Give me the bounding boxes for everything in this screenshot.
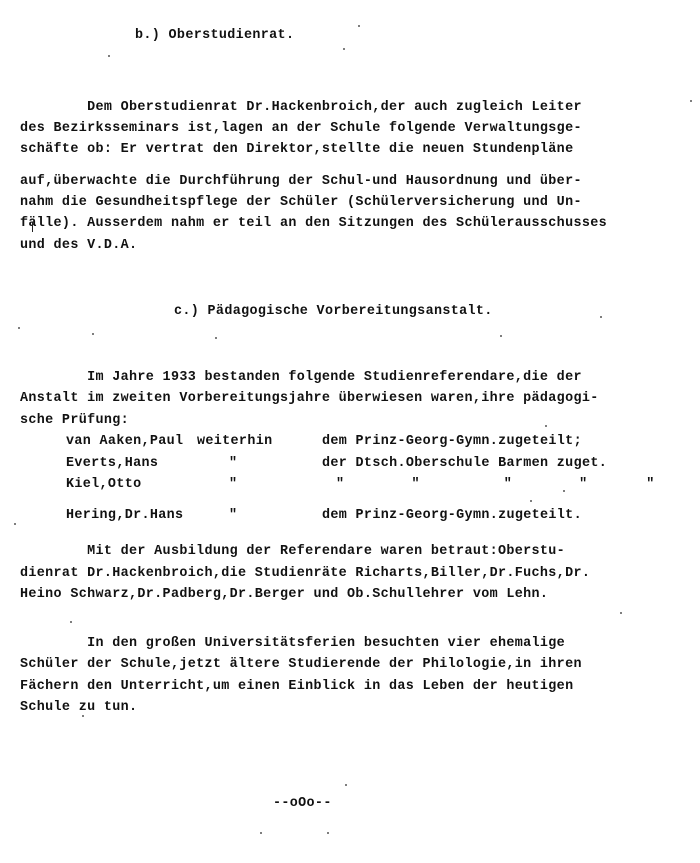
referendar-note: " (229, 508, 237, 524)
paragraph-line: Schule zu tun. (20, 700, 137, 716)
scan-speck (690, 100, 692, 102)
referendar-assignment: " " " " " (336, 477, 655, 493)
paragraph-line: Heino Schwarz,Dr.Padberg,Dr.Berger und O… (20, 587, 548, 603)
paragraph-line: Anstalt im zweiten Vorbereitungsjahre üb… (20, 391, 599, 407)
referendar-note: " (229, 477, 237, 493)
referendar-name: Kiel,Otto (66, 477, 141, 493)
referendar-assignment: dem Prinz-Georg-Gymn.zugeteilt; (322, 434, 582, 450)
table-row: Hering,Dr.Hans " dem Prinz-Georg-Gymn.zu… (66, 508, 686, 524)
paragraph-line: Schüler der Schule,jetzt ältere Studiere… (20, 657, 582, 673)
table-row: van Aaken,Paul weiterhin dem Prinz-Georg… (66, 434, 686, 450)
referendar-name: van Aaken,Paul (66, 434, 183, 450)
scan-speck (18, 327, 20, 329)
table-row: Kiel,Otto " " " " " " (66, 477, 686, 493)
scan-speck (92, 333, 94, 335)
scan-speck (345, 784, 347, 786)
table-row: Everts,Hans " der Dtsch.Oberschule Barme… (66, 456, 686, 472)
section-b-heading: b.) Oberstudienrat. (135, 28, 294, 44)
typewritten-page: b.) Oberstudienrat. Dem Oberstudienrat D… (0, 0, 700, 863)
section-c-heading: c.) Pädagogische Vorbereitungsanstalt. (174, 304, 493, 320)
scan-speck (210, 203, 212, 205)
referendar-name: Hering,Dr.Hans (66, 508, 183, 524)
scan-speck (14, 523, 16, 525)
scan-speck (343, 48, 345, 50)
paragraph-line: Dem Oberstudienrat Dr.Hackenbroich,der a… (20, 100, 582, 116)
paragraph-line: schäfte ob: Er vertrat den Direktor,stel… (20, 142, 573, 158)
scan-speck (108, 55, 110, 57)
paragraph-line: fälle). Ausserdem nahm er teil an den Si… (20, 216, 607, 232)
scan-speck (327, 832, 329, 834)
paragraph-line: In den großen Universitätsferien besucht… (20, 636, 565, 652)
paragraph-line: und des V.D.A. (20, 238, 137, 254)
referendar-note: " (229, 456, 237, 472)
scan-mark (32, 222, 33, 232)
referendar-assignment: dem Prinz-Georg-Gymn.zugeteilt. (322, 508, 582, 524)
scan-speck (530, 500, 532, 502)
scan-speck (563, 490, 565, 492)
scan-speck (600, 316, 602, 318)
scan-speck (620, 612, 622, 614)
paragraph-line: dienrat Dr.Hackenbroich,die Studienräte … (20, 566, 590, 582)
referendar-name: Everts,Hans (66, 456, 158, 472)
paragraph-line: Im Jahre 1933 bestanden folgende Studien… (20, 370, 582, 386)
paragraph-line: nahm die Gesundheitspflege der Schüler (… (20, 195, 582, 211)
paragraph-line: Fächern den Unterricht,um einen Einblick… (20, 679, 573, 695)
referendar-note: weiterhin (197, 434, 272, 450)
scan-speck (215, 337, 217, 339)
referendar-assignment: der Dtsch.Oberschule Barmen zuget. (322, 456, 607, 472)
scan-speck (545, 425, 547, 427)
scan-speck (500, 335, 502, 337)
paragraph-line: Mit der Ausbildung der Referendare waren… (20, 544, 565, 560)
scan-speck (260, 832, 262, 834)
scan-speck (82, 715, 84, 717)
scan-speck (358, 25, 360, 27)
paragraph-line: auf,überwachte die Durchführung der Schu… (20, 174, 582, 190)
paragraph-line: sche Prüfung: (20, 413, 129, 429)
scan-speck (70, 621, 72, 623)
paragraph-line: des Bezirksseminars ist,lagen an der Sch… (20, 121, 582, 137)
end-mark: --oOo-- (273, 796, 332, 812)
